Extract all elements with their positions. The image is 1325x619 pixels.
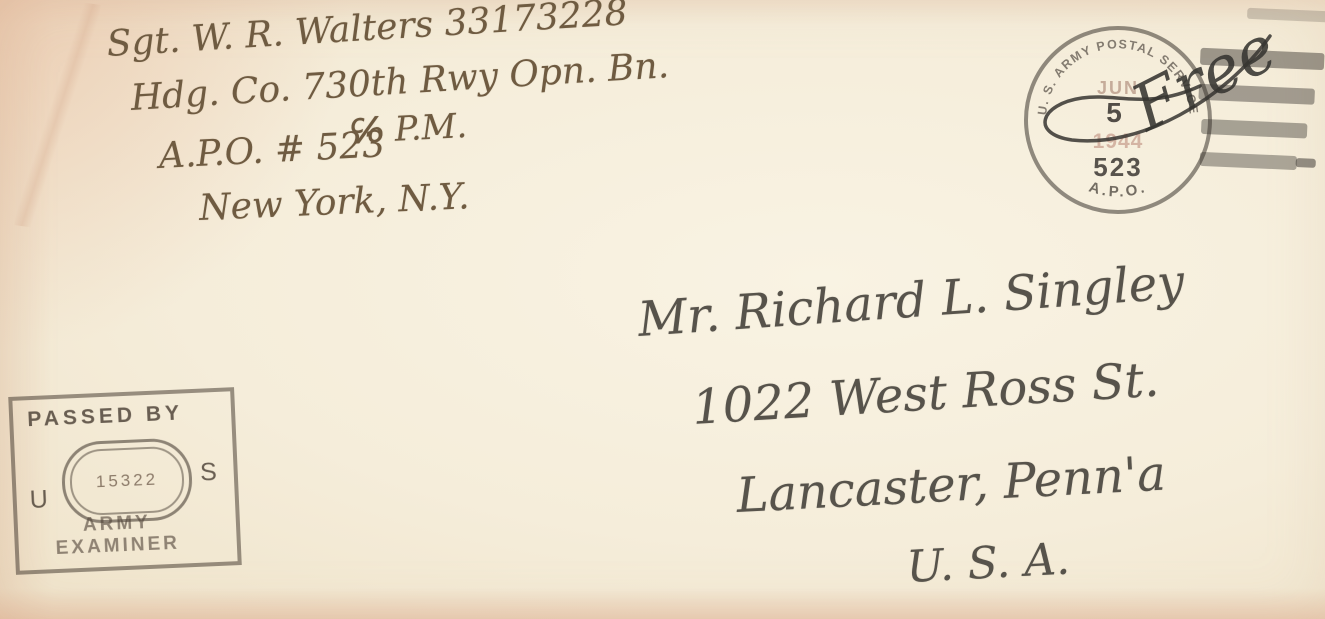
postmark-day: 5: [1106, 97, 1122, 128]
censor-stamp: PASSED BY U 15322 S ARMY EXAMINER: [8, 387, 242, 575]
censor-examiner-number: 15322: [95, 470, 158, 493]
censor-letter-s: S: [199, 458, 217, 488]
censor-number-oval-inner: 15322: [69, 445, 186, 516]
envelope: Sgt. W. R. Walters 33173228 Hdg. Co. 730…: [0, 0, 1325, 619]
censor-passed-by-text: PASSED BY: [13, 401, 198, 433]
censor-army-examiner-text: ARMY EXAMINER: [21, 509, 213, 561]
censor-letter-u: U: [29, 485, 48, 515]
postmark-apo-number: 523: [1093, 152, 1142, 182]
